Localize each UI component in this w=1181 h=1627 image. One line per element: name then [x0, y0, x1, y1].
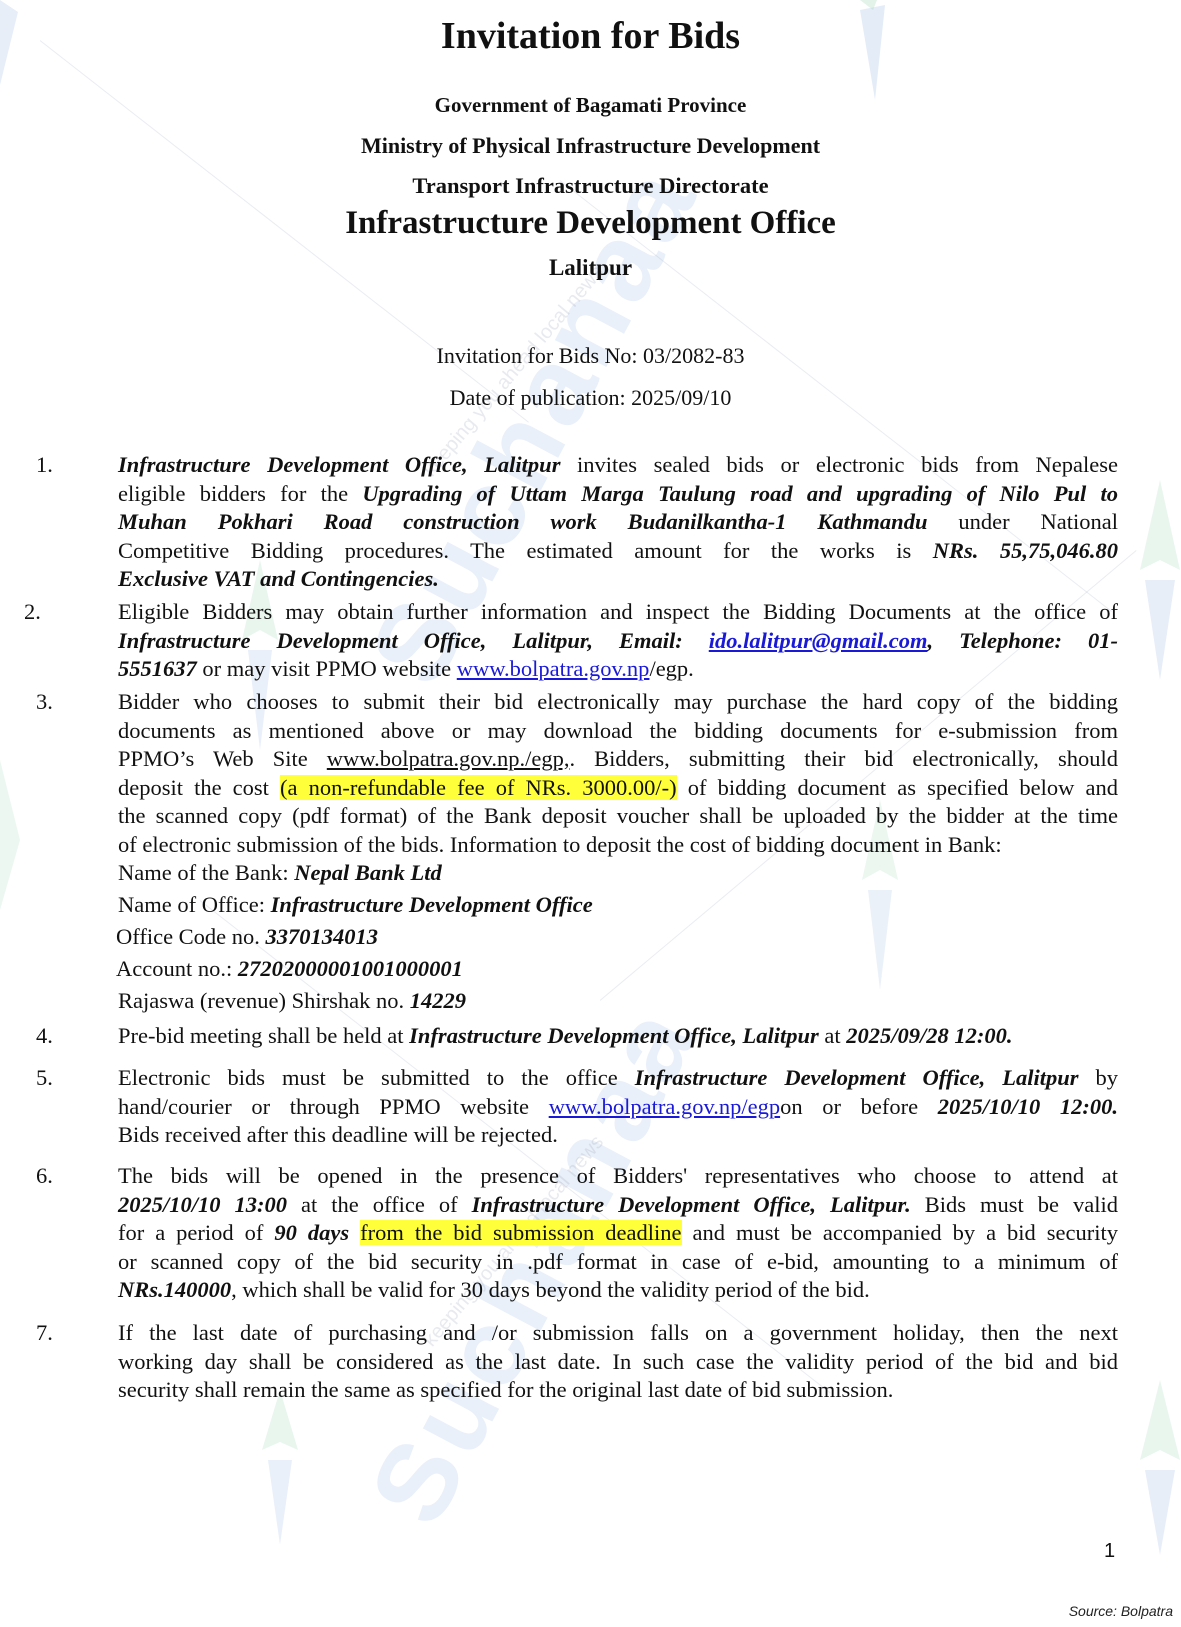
watermark-arrow-icon	[1130, 480, 1181, 680]
hyperlink[interactable]: www.bolpatra.gov.np	[457, 656, 650, 681]
text-run: Exclusive VAT and Contingencies.	[118, 566, 439, 591]
text-run: and must be accompanied by a bid securit…	[682, 1220, 1119, 1245]
office-code-row: Office Code no. 3370134013	[116, 924, 378, 950]
text-run: on or before	[780, 1094, 938, 1119]
text-run: 2025/09/28 12:00.	[846, 1023, 1012, 1048]
watermark-tagline: keeping you ahead local news	[419, 261, 609, 481]
clause-number: 2.	[24, 598, 41, 627]
text-run: NRs. 55,75,046.80	[933, 538, 1118, 563]
text-run: eligible bidders for the	[118, 481, 362, 506]
text-run: at	[819, 1023, 847, 1048]
text-run: the scanned copy (pdf format) of the Ban…	[118, 803, 1118, 828]
text-run: Eligible Bidders may obtain further info…	[118, 599, 1118, 624]
text-run: Infrastructure Development Office, Lalit…	[118, 628, 709, 653]
clause-text: Eligible Bidders may obtain further info…	[118, 598, 1118, 684]
clause-line: Muhan Pokhari Road construction work Bud…	[118, 508, 1118, 537]
clause-number: 7.	[36, 1319, 53, 1348]
clause-line: Competitive Bidding procedures. The esti…	[118, 537, 1118, 566]
text-run: /egp.	[649, 656, 693, 681]
clause-line: 5551637 or may visit PPMO website www.bo…	[118, 655, 1118, 684]
highlighted-text: (a non-refundable fee of NRs. 3000.00/-)	[280, 775, 677, 800]
text-run: PPMO’s Web Site	[118, 746, 327, 771]
text-run: . Bidders, submitting their bid electron…	[569, 746, 1118, 771]
text-run: If the last date of purchasing and /or s…	[118, 1320, 1118, 1345]
header-location: Lalitpur	[0, 255, 1181, 281]
office-name: Infrastructure Development Office	[271, 892, 593, 917]
clause-line: the scanned copy (pdf format) of the Ban…	[118, 802, 1118, 831]
account-number-row: Account no.: 27202000001001000001	[116, 956, 463, 982]
highlighted-text: from the bid submission deadline	[360, 1220, 681, 1245]
clause-line: Exclusive VAT and Contingencies.	[118, 565, 1118, 594]
clause-line: Bids received after this deadline will b…	[118, 1121, 1118, 1150]
clause-text: The bids will be opened in the presence …	[118, 1162, 1118, 1305]
text-run: Competitive Bidding procedures. The esti…	[118, 538, 933, 563]
clause-text: If the last date of purchasing and /or s…	[118, 1319, 1118, 1405]
clause-line: Infrastructure Development Office, Lalit…	[118, 451, 1118, 480]
clause-line: NRs.140000, which shall be valid for 30 …	[118, 1276, 1118, 1305]
clause-line: of electronic submission of the bids. In…	[118, 831, 1118, 860]
clause-line: If the last date of purchasing and /or s…	[118, 1319, 1118, 1348]
text-run: Upgrading of Uttam Marga Taulung road an…	[362, 481, 1118, 506]
ifb-number: Invitation for Bids No: 03/2082-83	[0, 343, 1181, 369]
clause-line: 2025/10/10 13:00 at the office of Infras…	[118, 1191, 1118, 1220]
clause-number: 3.	[36, 688, 53, 717]
watermark-arrow-icon	[0, 760, 30, 920]
office-code: 3370134013	[266, 924, 379, 949]
clause-line: PPMO’s Web Site www.bolpatra.gov.np./egp…	[118, 745, 1118, 774]
text-run: NRs.140000	[118, 1277, 231, 1302]
text-run: www.bolpatra.gov.np./egp,	[327, 746, 570, 771]
text-run: under National	[927, 509, 1118, 534]
clause-line: deposit the cost (a non-refundable fee o…	[118, 774, 1118, 803]
text-run: , which shall be valid for 30 days beyon…	[231, 1277, 870, 1302]
header-ministry: Ministry of Physical Infrastructure Deve…	[0, 133, 1181, 159]
clause-line: hand/courier or through PPMO website www…	[118, 1093, 1118, 1122]
text-run: Muhan Pokhari Road construction work Bud…	[118, 509, 927, 534]
hyperlink[interactable]: ido.lalitpur@gmail.com	[709, 628, 928, 653]
text-run: Infrastructure Development Office, Lalit…	[472, 1192, 911, 1217]
revenue-code: 14229	[410, 988, 466, 1013]
text-run: or scanned copy of the bid security in .…	[118, 1249, 1118, 1274]
clause-line: eligible bidders for the Upgrading of Ut…	[118, 480, 1118, 509]
clause-line: for a period of 90 days from the bid sub…	[118, 1219, 1118, 1248]
text-run: 90 days	[274, 1220, 349, 1245]
office-name-row: Name of Office: Infrastructure Developme…	[118, 892, 593, 918]
text-run: 5551637	[118, 656, 197, 681]
header-government: Government of Bagamati Province	[0, 93, 1181, 118]
clause-line: or scanned copy of the bid security in .…	[118, 1248, 1118, 1277]
clause-line: working day shall be considered as the l…	[118, 1348, 1118, 1377]
clause-line: Infrastructure Development Office, Lalit…	[118, 627, 1118, 656]
clause-line: Pre-bid meeting shall be held at Infrast…	[118, 1022, 1118, 1051]
clause-line: Bidder who chooses to submit their bid e…	[118, 688, 1118, 717]
text-run: deposit the cost	[118, 775, 280, 800]
text-run: hand/courier or through PPMO website	[118, 1094, 549, 1119]
document-title: Invitation for Bids	[0, 14, 1181, 58]
clause-line: Electronic bids must be submitted to the…	[118, 1064, 1118, 1093]
clause-line: documents as mentioned above or may down…	[118, 717, 1118, 746]
text-run: at the office of	[287, 1192, 472, 1217]
clause-line: security shall remain the same as specif…	[118, 1376, 1118, 1405]
clause-text: Bidder who chooses to submit their bid e…	[118, 688, 1118, 859]
header-directorate: Transport Infrastructure Directorate	[0, 173, 1181, 199]
watermark-arrow-icon	[1130, 1380, 1181, 1560]
clause-line: The bids will be opened in the presence …	[118, 1162, 1118, 1191]
text-run: of bidding document as specified below a…	[677, 775, 1118, 800]
text-run: Bids received after this deadline will b…	[118, 1122, 558, 1147]
text-run: Infrastructure Development Office, Lalit…	[118, 452, 560, 477]
bank-name: Nepal Bank Ltd	[294, 860, 442, 885]
text-run: Pre-bid meeting shall be held at	[118, 1023, 409, 1048]
bank-name-row: Name of the Bank: Nepal Bank Ltd	[118, 860, 442, 886]
page-number: 1	[1104, 1540, 1115, 1563]
text-run: Infrastructure Development Office, Lalit…	[635, 1065, 1079, 1090]
text-run: Infrastructure Development Office, Lalit…	[409, 1023, 819, 1048]
text-run: Bidder who chooses to submit their bid e…	[118, 689, 1118, 714]
text-run: invites sealed bids or electronic bids f…	[560, 452, 1118, 477]
text-run: , Telephone: 01-	[928, 628, 1119, 653]
text-run: working day shall be considered as the l…	[118, 1349, 1118, 1374]
text-run: 2025/10/10 13:00	[118, 1192, 287, 1217]
clause-number: 4.	[36, 1022, 53, 1051]
text-run: security shall remain the same as specif…	[118, 1377, 893, 1402]
clause-line: Eligible Bidders may obtain further info…	[118, 598, 1118, 627]
revenue-code-row: Rajaswa (revenue) Shirshak no. 14229	[118, 988, 466, 1014]
text-run: documents as mentioned above or may down…	[118, 718, 1118, 743]
clause-text: Infrastructure Development Office, Lalit…	[118, 451, 1118, 594]
clause-number: 6.	[36, 1162, 53, 1191]
text-run: 2025/10/10 12:00.	[938, 1094, 1118, 1119]
hyperlink[interactable]: www.bolpatra.gov.np/egp	[549, 1094, 780, 1119]
source-credit: Source: Bolpatra	[1069, 1603, 1173, 1619]
publication-date: Date of publication: 2025/09/10	[0, 385, 1181, 411]
clause-text: Pre-bid meeting shall be held at Infrast…	[118, 1022, 1118, 1051]
text-run: The bids will be opened in the presence …	[118, 1163, 1118, 1188]
text-run: or may visit PPMO website	[197, 656, 457, 681]
clause-number: 5.	[36, 1064, 53, 1093]
account-number: 27202000001001000001	[238, 956, 463, 981]
text-run: Bids must be valid	[911, 1192, 1118, 1217]
text-run: for a period of	[118, 1220, 274, 1245]
text-run: of electronic submission of the bids. In…	[118, 832, 1002, 857]
clause-number: 1.	[36, 451, 53, 480]
text-run	[349, 1220, 360, 1245]
watermark-arrow-icon	[260, 1390, 300, 1550]
clause-text: Electronic bids must be submitted to the…	[118, 1064, 1118, 1150]
text-run: by	[1079, 1065, 1119, 1090]
text-run: Electronic bids must be submitted to the…	[118, 1065, 635, 1090]
header-office: Infrastructure Development Office	[0, 205, 1181, 242]
